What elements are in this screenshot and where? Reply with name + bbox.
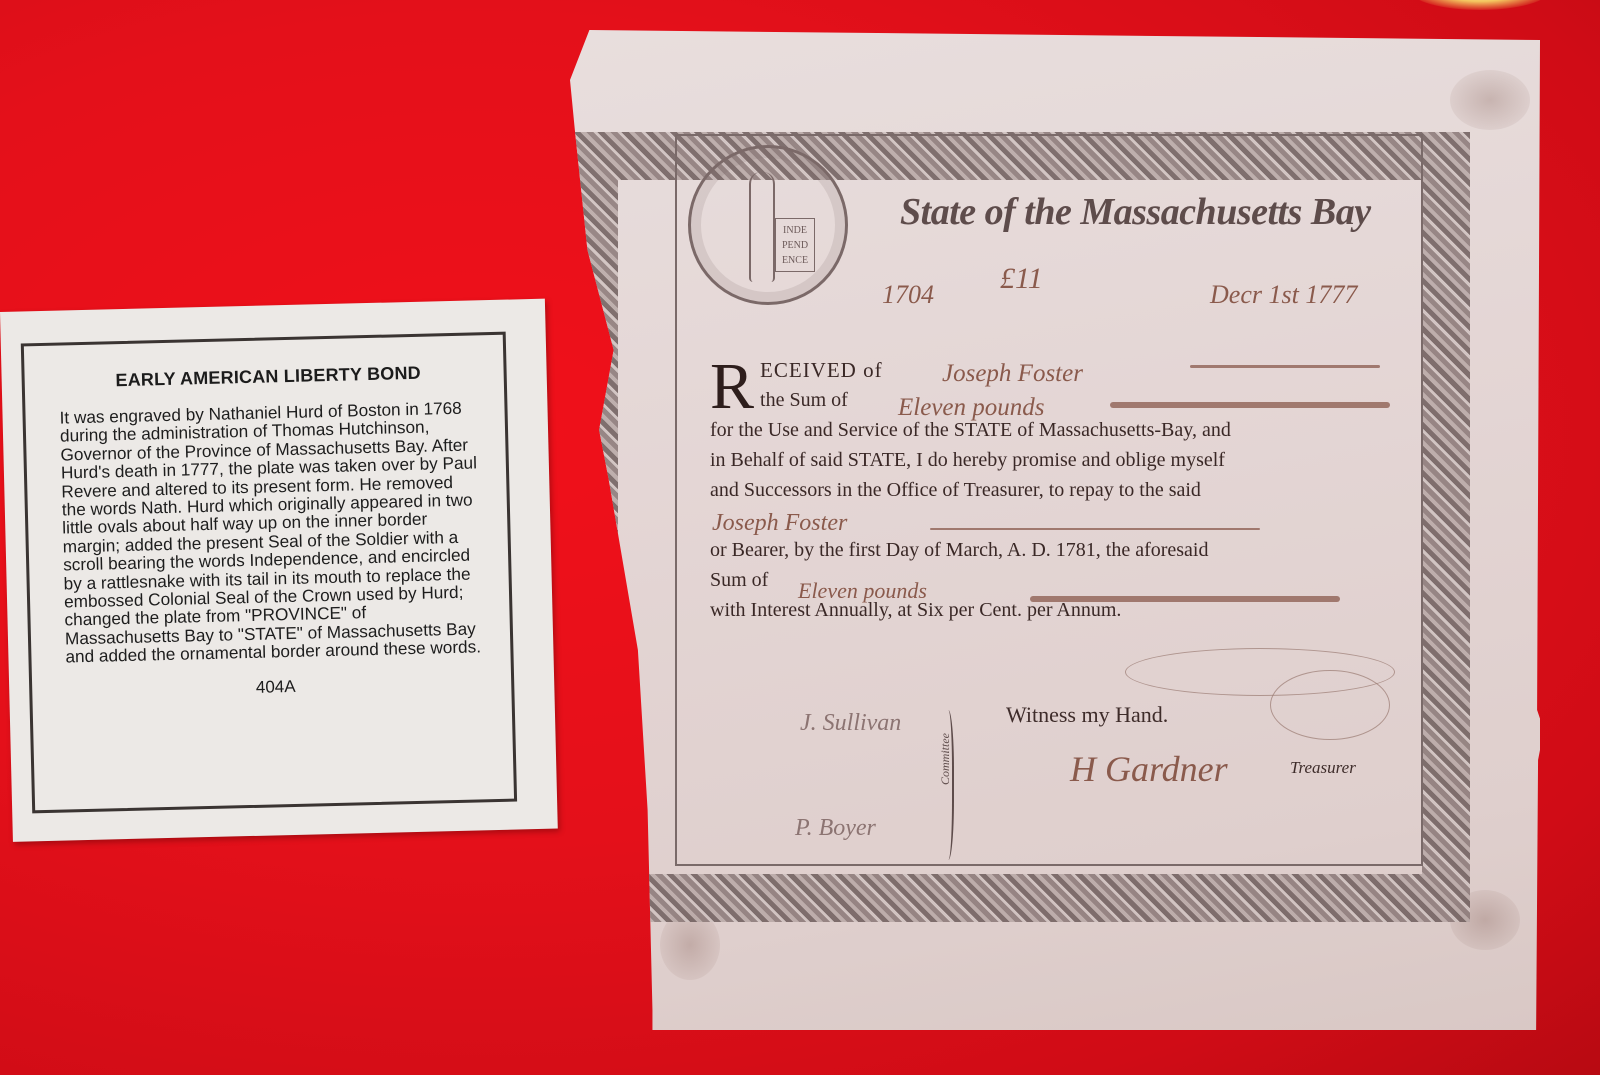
- placard-body: It was engraved by Nathaniel Hurd of Bos…: [59, 398, 484, 666]
- flourish-line: [1110, 402, 1390, 408]
- flourish-line: [1190, 365, 1380, 368]
- payee-name: Joseph Foster: [942, 360, 1083, 388]
- witness-line: Witness my Hand.: [1006, 702, 1168, 728]
- amount-written: Eleven pounds: [898, 394, 1044, 422]
- soldier-figure-icon: [749, 172, 775, 282]
- document-header: State of the Massachusetts Bay: [900, 190, 1371, 234]
- info-placard: EARLY AMERICAN LIBERTY BOND It was engra…: [0, 299, 558, 842]
- flourish-line: [930, 528, 1260, 530]
- flourish-loop: [1270, 670, 1390, 740]
- placard-title: EARLY AMERICAN LIBERTY BOND: [58, 361, 477, 392]
- paper-stain: [1450, 70, 1530, 130]
- dropcap: R: [710, 359, 754, 415]
- placard-frame: EARLY AMERICAN LIBERTY BOND It was engra…: [21, 332, 517, 814]
- committee-label: Committee: [938, 733, 953, 785]
- soldier-seal: INDE PEND ENCE: [688, 145, 848, 305]
- issue-date: Decr 1st 1777: [1210, 280, 1357, 310]
- line-7: or Bearer, by the first Day of March, A.…: [710, 535, 1378, 565]
- line-4: in Behalf of said STATE, I do hereby pro…: [710, 445, 1378, 475]
- sum-of-label: the Sum of: [720, 385, 1378, 415]
- serial-number: 1704: [882, 280, 934, 310]
- line-5: and Successors in the Office of Treasure…: [710, 475, 1378, 505]
- payee-name-repeat: Joseph Foster: [712, 510, 847, 537]
- amount-written-repeat: Eleven pounds: [798, 578, 927, 604]
- lamp-glow: [1410, 0, 1550, 10]
- committee-signature-2: P. Boyer: [795, 815, 876, 842]
- flourish-line: [1030, 596, 1340, 602]
- catalog-number: 404A: [66, 672, 485, 702]
- independence-scroll: INDE PEND ENCE: [775, 218, 815, 272]
- liberty-bond-document: INDE PEND ENCE State of the Massachusett…: [570, 30, 1540, 1030]
- treasurer-signature: H Gardner: [1070, 748, 1228, 790]
- amount-short: £11: [1000, 262, 1043, 296]
- treasurer-label: Treasurer: [1290, 758, 1356, 778]
- committee-signature-1: J. Sullivan: [800, 710, 901, 737]
